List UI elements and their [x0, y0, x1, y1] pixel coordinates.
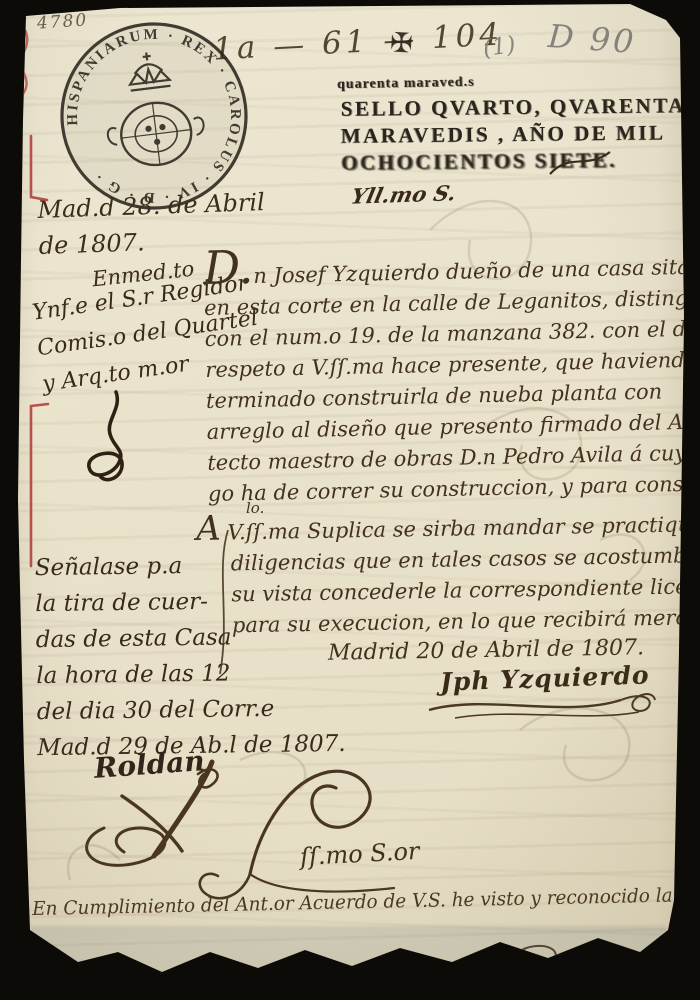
stamp-line: OCHOCIENTOS SIETE.	[341, 146, 686, 177]
cross-mark-icon: ✠	[389, 27, 413, 59]
scanned-manuscript-page: { "colors": { "paper": "#eae3cd", "ink":…	[0, 0, 700, 1000]
stamp-line: SELLO QVARTO, QVARENTA	[341, 92, 686, 123]
show-through-band	[30, 926, 666, 976]
stamp-printed-block: SELLO QVARTO, QVARENTA MARAVEDIS , AÑO D…	[341, 92, 687, 177]
closing-paraph-flourish	[62, 756, 402, 911]
signature-rubric-flourish	[425, 688, 660, 728]
manuscript-paper-sheet: 4780 1a — 61 — 104 ✠ (1) D 90 HISPANIARU…	[0, 0, 700, 1000]
margin-tira-line: la tira de cuer-	[35, 582, 344, 622]
carryover-syllable: lo.	[246, 499, 264, 517]
pen-stroke-flourish	[546, 148, 616, 178]
margin-tira-de-cuerdas: Señalase p.a la tira de cuer- das de est…	[35, 546, 346, 766]
stamp-line: MARAVEDIS , AÑO DE MIL	[341, 119, 686, 150]
stamp-small-print: quarenta maraved.s	[337, 75, 475, 93]
margin-tira-line: Señalase p.a	[35, 546, 344, 586]
margin-tira-line: del dia 30 del Corr.e	[37, 690, 346, 730]
paraph-rubric	[76, 388, 146, 498]
pencil-note-right: D 90	[547, 17, 638, 61]
margin-tira-line: das de esta Casa	[36, 618, 345, 658]
margin-tira-line: la hora de las 12	[36, 654, 345, 694]
pencil-note-left: (1)	[481, 32, 517, 62]
salutation: Yll.mo S.	[349, 180, 459, 209]
folio-numbers: 1a — 61 — 104	[212, 16, 504, 67]
petition-body: D.n Josef Yzquierdo dueño de una casa si…	[203, 245, 700, 510]
